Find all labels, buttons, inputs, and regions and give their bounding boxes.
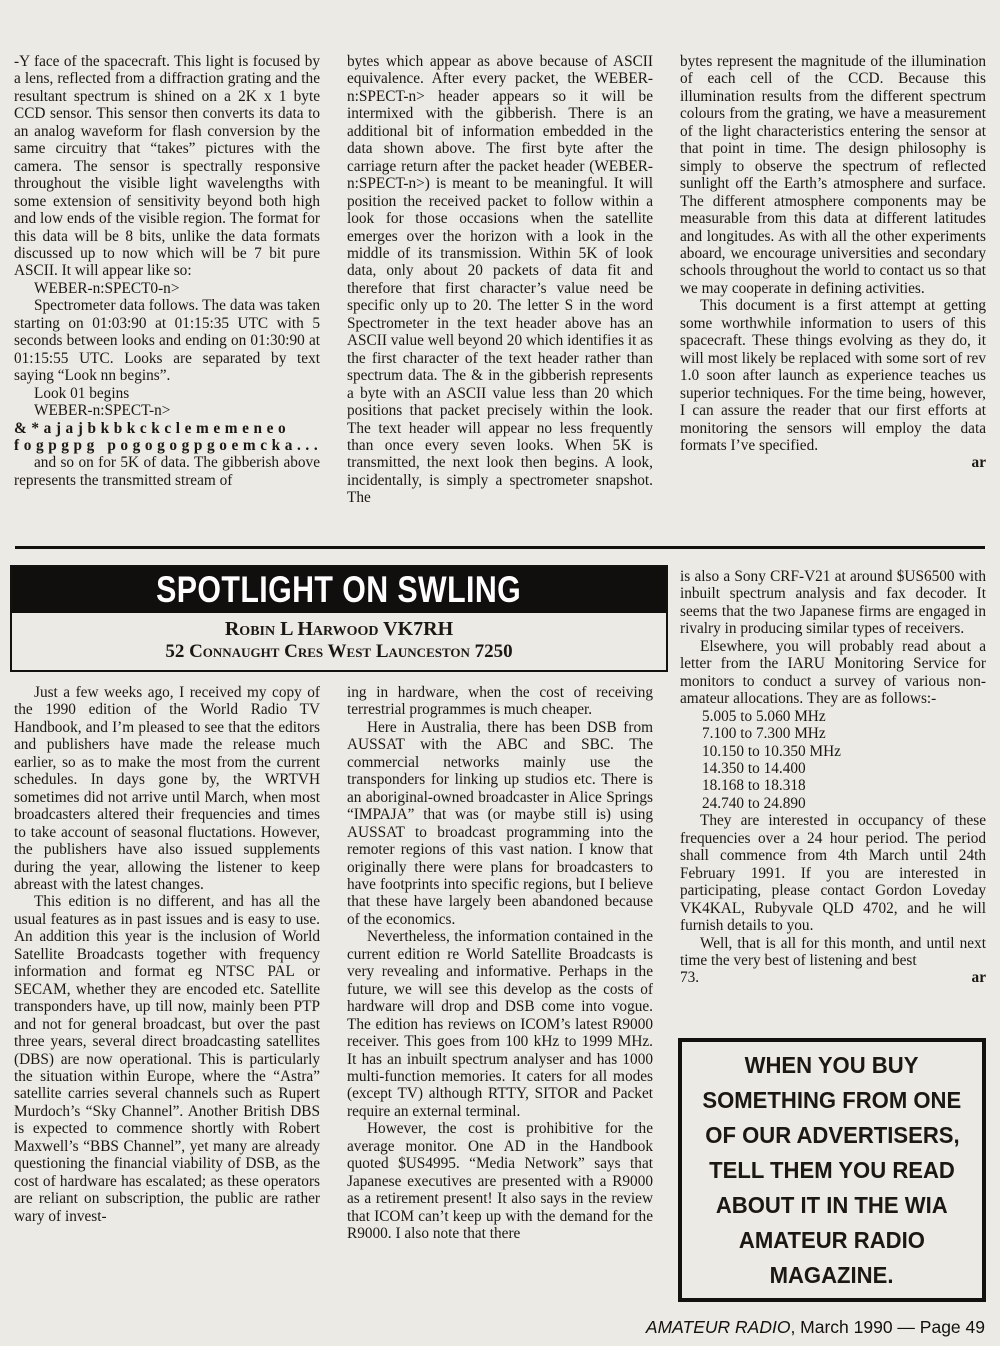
ad-line: SOMETHING FROM ONE — [703, 1083, 962, 1118]
footer-issue-info: , March 1990 — Page 49 — [790, 1317, 985, 1337]
text-block: Here in Australia, there has been DSB fr… — [347, 719, 653, 928]
text-block: Spectrometer data follows. The data was … — [14, 297, 320, 384]
text-block: bytes represent the magnitude of the ill… — [680, 53, 986, 297]
ad-line: MAGAZINE. — [770, 1258, 894, 1293]
text-block: and so on for 5K of data. The gibberish … — [14, 454, 320, 489]
spacecraft-article-col-3: bytes represent the magnitude of the ill… — [680, 53, 986, 545]
text-block: fogpgpg pogogogpgoemcka... — [14, 437, 320, 454]
swling-title-bar: SPOTLIGHT ON SWLING — [12, 567, 666, 613]
text-block: 24.740 to 24.890 — [680, 795, 986, 812]
ad-line: TELL THEM YOU READ — [709, 1153, 955, 1188]
swling-header-box: SPOTLIGHT ON SWLING Robin L Harwood VK7R… — [10, 565, 668, 672]
text-block: This document is a first attempt at gett… — [680, 297, 986, 454]
text-block: is also a Sony CRF-V21 at around $US6500… — [680, 568, 986, 638]
text-block: 14.350 to 14.400 — [680, 760, 986, 777]
text-block: Nevertheless, the information contained … — [347, 928, 653, 1120]
section-divider-rule — [15, 546, 985, 549]
ad-line: AMATEUR RADIO — [739, 1223, 925, 1258]
end-of-article-marker: ar — [680, 454, 986, 471]
text-block: WEBER-n:SPECT-n> — [14, 402, 320, 419]
swling-article-col-2: ing in hardware, when the cost of receiv… — [347, 684, 653, 1296]
text-block: Just a few weeks ago, I received my copy… — [14, 684, 320, 893]
swling-article-col-1: Just a few weeks ago, I received my copy… — [14, 684, 320, 1296]
text-block: They are interested in occupancy of thes… — [680, 812, 986, 934]
author-name: Robin L Harwood VK7RH — [16, 618, 662, 641]
ad-line: WHEN YOU BUY — [745, 1048, 919, 1083]
ad-line: ABOUT IT IN THE WIA — [716, 1188, 948, 1223]
spacecraft-article-col-2: bytes which appear as above because of A… — [347, 53, 653, 545]
text-block: 18.168 to 18.318 — [680, 777, 986, 794]
author-address: 52 Connaught Cres West Launceston 7250 — [16, 641, 662, 663]
text-block: Well, that is all for this month, and un… — [680, 935, 986, 970]
text-block: Elsewhere, you will probably read about … — [680, 638, 986, 708]
advertiser-notice-box: WHEN YOU BUYSOMETHING FROM ONEOF OUR ADV… — [678, 1038, 986, 1302]
end-of-article-marker: ar — [972, 969, 986, 986]
text-block: &*ajajbkbkckclememeneo — [14, 420, 320, 437]
text-block: 10.150 to 10.350 MHz — [680, 743, 986, 760]
text-block: This edition is no different, and has al… — [14, 893, 320, 1225]
text-block: However, the cost is prohibitive for the… — [347, 1120, 653, 1242]
footer-magazine-name: AMATEUR RADIO — [646, 1317, 791, 1337]
swling-title: SPOTLIGHT ON SWLING — [156, 569, 521, 611]
ad-line: OF OUR ADVERTISERS, — [705, 1118, 959, 1153]
text-block: Look 01 begins — [14, 385, 320, 402]
spacecraft-article-col-1: -Y face of the spacecraft. This light is… — [14, 53, 320, 545]
text-block: 73. — [680, 969, 699, 986]
swling-article-col-3: is also a Sony CRF-V21 at around $US6500… — [680, 568, 986, 1018]
magazine-page: -Y face of the spacecraft. This light is… — [0, 0, 1000, 1346]
text-block: 73.ar — [680, 969, 986, 986]
text-block: 5.005 to 5.060 MHz — [680, 708, 986, 725]
text-block: ing in hardware, when the cost of receiv… — [347, 684, 653, 719]
text-block: -Y face of the spacecraft. This light is… — [14, 53, 320, 280]
page-footer: AMATEUR RADIO, March 1990 — Page 49 — [646, 1317, 985, 1338]
text-block: 7.100 to 7.300 MHz — [680, 725, 986, 742]
text-block: WEBER-n:SPECT0-n> — [14, 280, 320, 297]
spacecraft-article-section: -Y face of the spacecraft. This light is… — [14, 53, 986, 545]
swling-byline: Robin L Harwood VK7RH 52 Connaught Cres … — [12, 613, 666, 670]
text-block: bytes which appear as above because of A… — [347, 53, 653, 507]
